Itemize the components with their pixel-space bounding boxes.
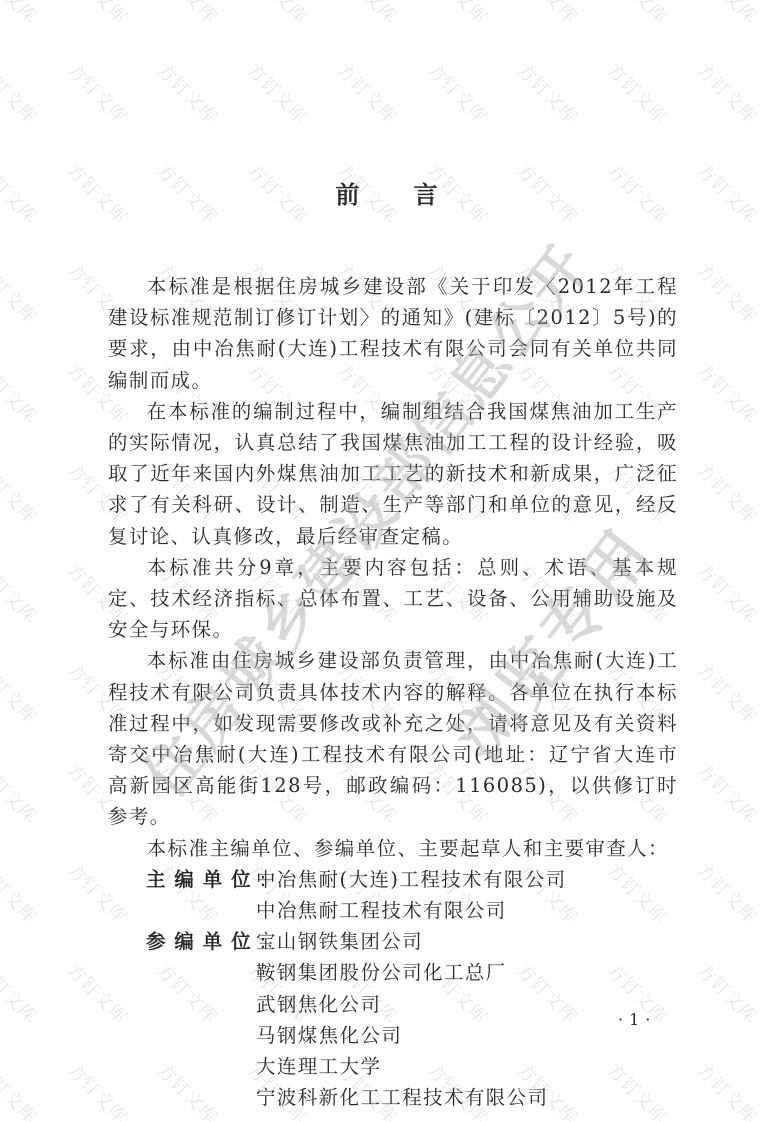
watermark-tile: 方钉文库 (332, 57, 404, 129)
watermark-tile: 方钉文库 (0, 957, 44, 1029)
chief-units-row: 主编单位: 中冶焦耐(大连)工程技术有限公司 中冶焦耐工程技术有限公司 (108, 864, 678, 926)
watermark-tile: 方钉文库 (692, 0, 764, 29)
watermark-tile: 方钉文库 (0, 1057, 44, 1122)
preface-body: 本标准是根据住房城乡建设部《关于印发〈2012年工程建设标准规范制订修订计划〉的… (108, 271, 678, 1113)
watermark-tile: 方钉文库 (152, 57, 224, 129)
participating-unit-item: 鞍钢集团股份公司化工总厂 (256, 957, 548, 988)
watermark-tile: 方钉文库 (692, 357, 764, 429)
paragraph-management: 本标准由住房城乡建设部负责管理，由中冶焦耐(大连)工程技术有限公司负责具体技术内… (108, 645, 678, 832)
paragraph-basis: 本标准是根据住房城乡建设部《关于印发〈2012年工程建设标准规范制订修订计划〉的… (108, 271, 678, 396)
watermark-tile: 方钉文库 (692, 1057, 764, 1122)
units-section: 主编单位: 中冶焦耐(大连)工程技术有限公司 中冶焦耐工程技术有限公司 参编单位… (108, 864, 678, 1114)
paragraph-chapters: 本标准共分9章，主要内容包括：总则、术语、基本规定、技术经济指标、总体布置、工艺… (108, 552, 678, 646)
watermark-tile: 方钉文库 (242, 0, 314, 29)
page-number: ·1· (618, 1010, 656, 1029)
participating-unit-item: 马钢煤焦化公司 (256, 1020, 548, 1051)
page-title: 前言 (0, 175, 773, 210)
paragraph-units-intro: 本标准主编单位、参编单位、主要起草人和主要审查人： (108, 833, 678, 864)
watermark-tile: 方钉文库 (0, 357, 44, 429)
watermark-tile: 方钉文库 (0, 557, 44, 629)
watermark-tile: 方钉文库 (62, 0, 134, 29)
chief-units-label: 主编单位: (108, 864, 256, 926)
watermark-tile: 方钉文库 (152, 0, 224, 29)
watermark-tile: 方钉文库 (0, 657, 44, 729)
watermark-tile: 方钉文库 (62, 57, 134, 129)
watermark-tile: 方钉文库 (692, 257, 764, 329)
watermark-tile: 方钉文库 (0, 757, 44, 829)
watermark-tile: 方钉文库 (512, 57, 584, 129)
watermark-tile: 方钉文库 (0, 857, 44, 929)
participating-unit-item: 宁波科新化工工程技术有限公司 (256, 1082, 548, 1113)
watermark-tile: 方钉文库 (692, 757, 764, 829)
watermark-tile: 方钉文库 (692, 457, 764, 529)
watermark-tile: 方钉文库 (0, 257, 44, 329)
watermark-tile: 方钉文库 (692, 857, 764, 929)
watermark-tile: 方钉文库 (512, 0, 584, 29)
chief-unit-item: 中冶焦耐(大连)工程技术有限公司 (256, 864, 567, 895)
watermark-tile: 方钉文库 (692, 657, 764, 729)
participating-unit-item: 宝山钢铁集团公司 (256, 926, 548, 957)
watermark-tile: 方钉文库 (602, 57, 674, 129)
participating-unit-item: 武钢焦化公司 (256, 989, 548, 1020)
paragraph-process: 在本标准的编制过程中，编制组结合我国煤焦油加工生产的实际情况，认真总结了我国煤焦… (108, 396, 678, 552)
watermark-tile: 方钉文库 (692, 557, 764, 629)
watermark-tile: 方钉文库 (422, 0, 494, 29)
watermark-tile: 方钉文库 (332, 0, 404, 29)
participating-units-row: 参编单位: 宝山钢铁集团公司 鞍钢集团股份公司化工总厂 武钢焦化公司 马钢煤焦化… (108, 926, 678, 1113)
watermark-tile: 方钉文库 (692, 957, 764, 1029)
participating-units-list: 宝山钢铁集团公司 鞍钢集团股份公司化工总厂 武钢焦化公司 马钢煤焦化公司 大连理… (256, 926, 548, 1113)
watermark-tile: 方钉文库 (0, 57, 44, 129)
watermark-tile: 方钉文库 (0, 457, 44, 529)
watermark-tile: 方钉文库 (602, 0, 674, 29)
watermark-tile: 方钉文库 (0, 0, 44, 29)
chief-units-list: 中冶焦耐(大连)工程技术有限公司 中冶焦耐工程技术有限公司 (256, 864, 567, 926)
participating-units-label: 参编单位: (108, 926, 256, 1113)
watermark-tile: 方钉文库 (242, 57, 314, 129)
watermark-tile: 方钉文库 (692, 57, 764, 129)
participating-unit-item: 大连理工大学 (256, 1051, 548, 1082)
watermark-tile: 方钉文库 (422, 57, 494, 129)
chief-unit-item: 中冶焦耐工程技术有限公司 (256, 895, 567, 926)
